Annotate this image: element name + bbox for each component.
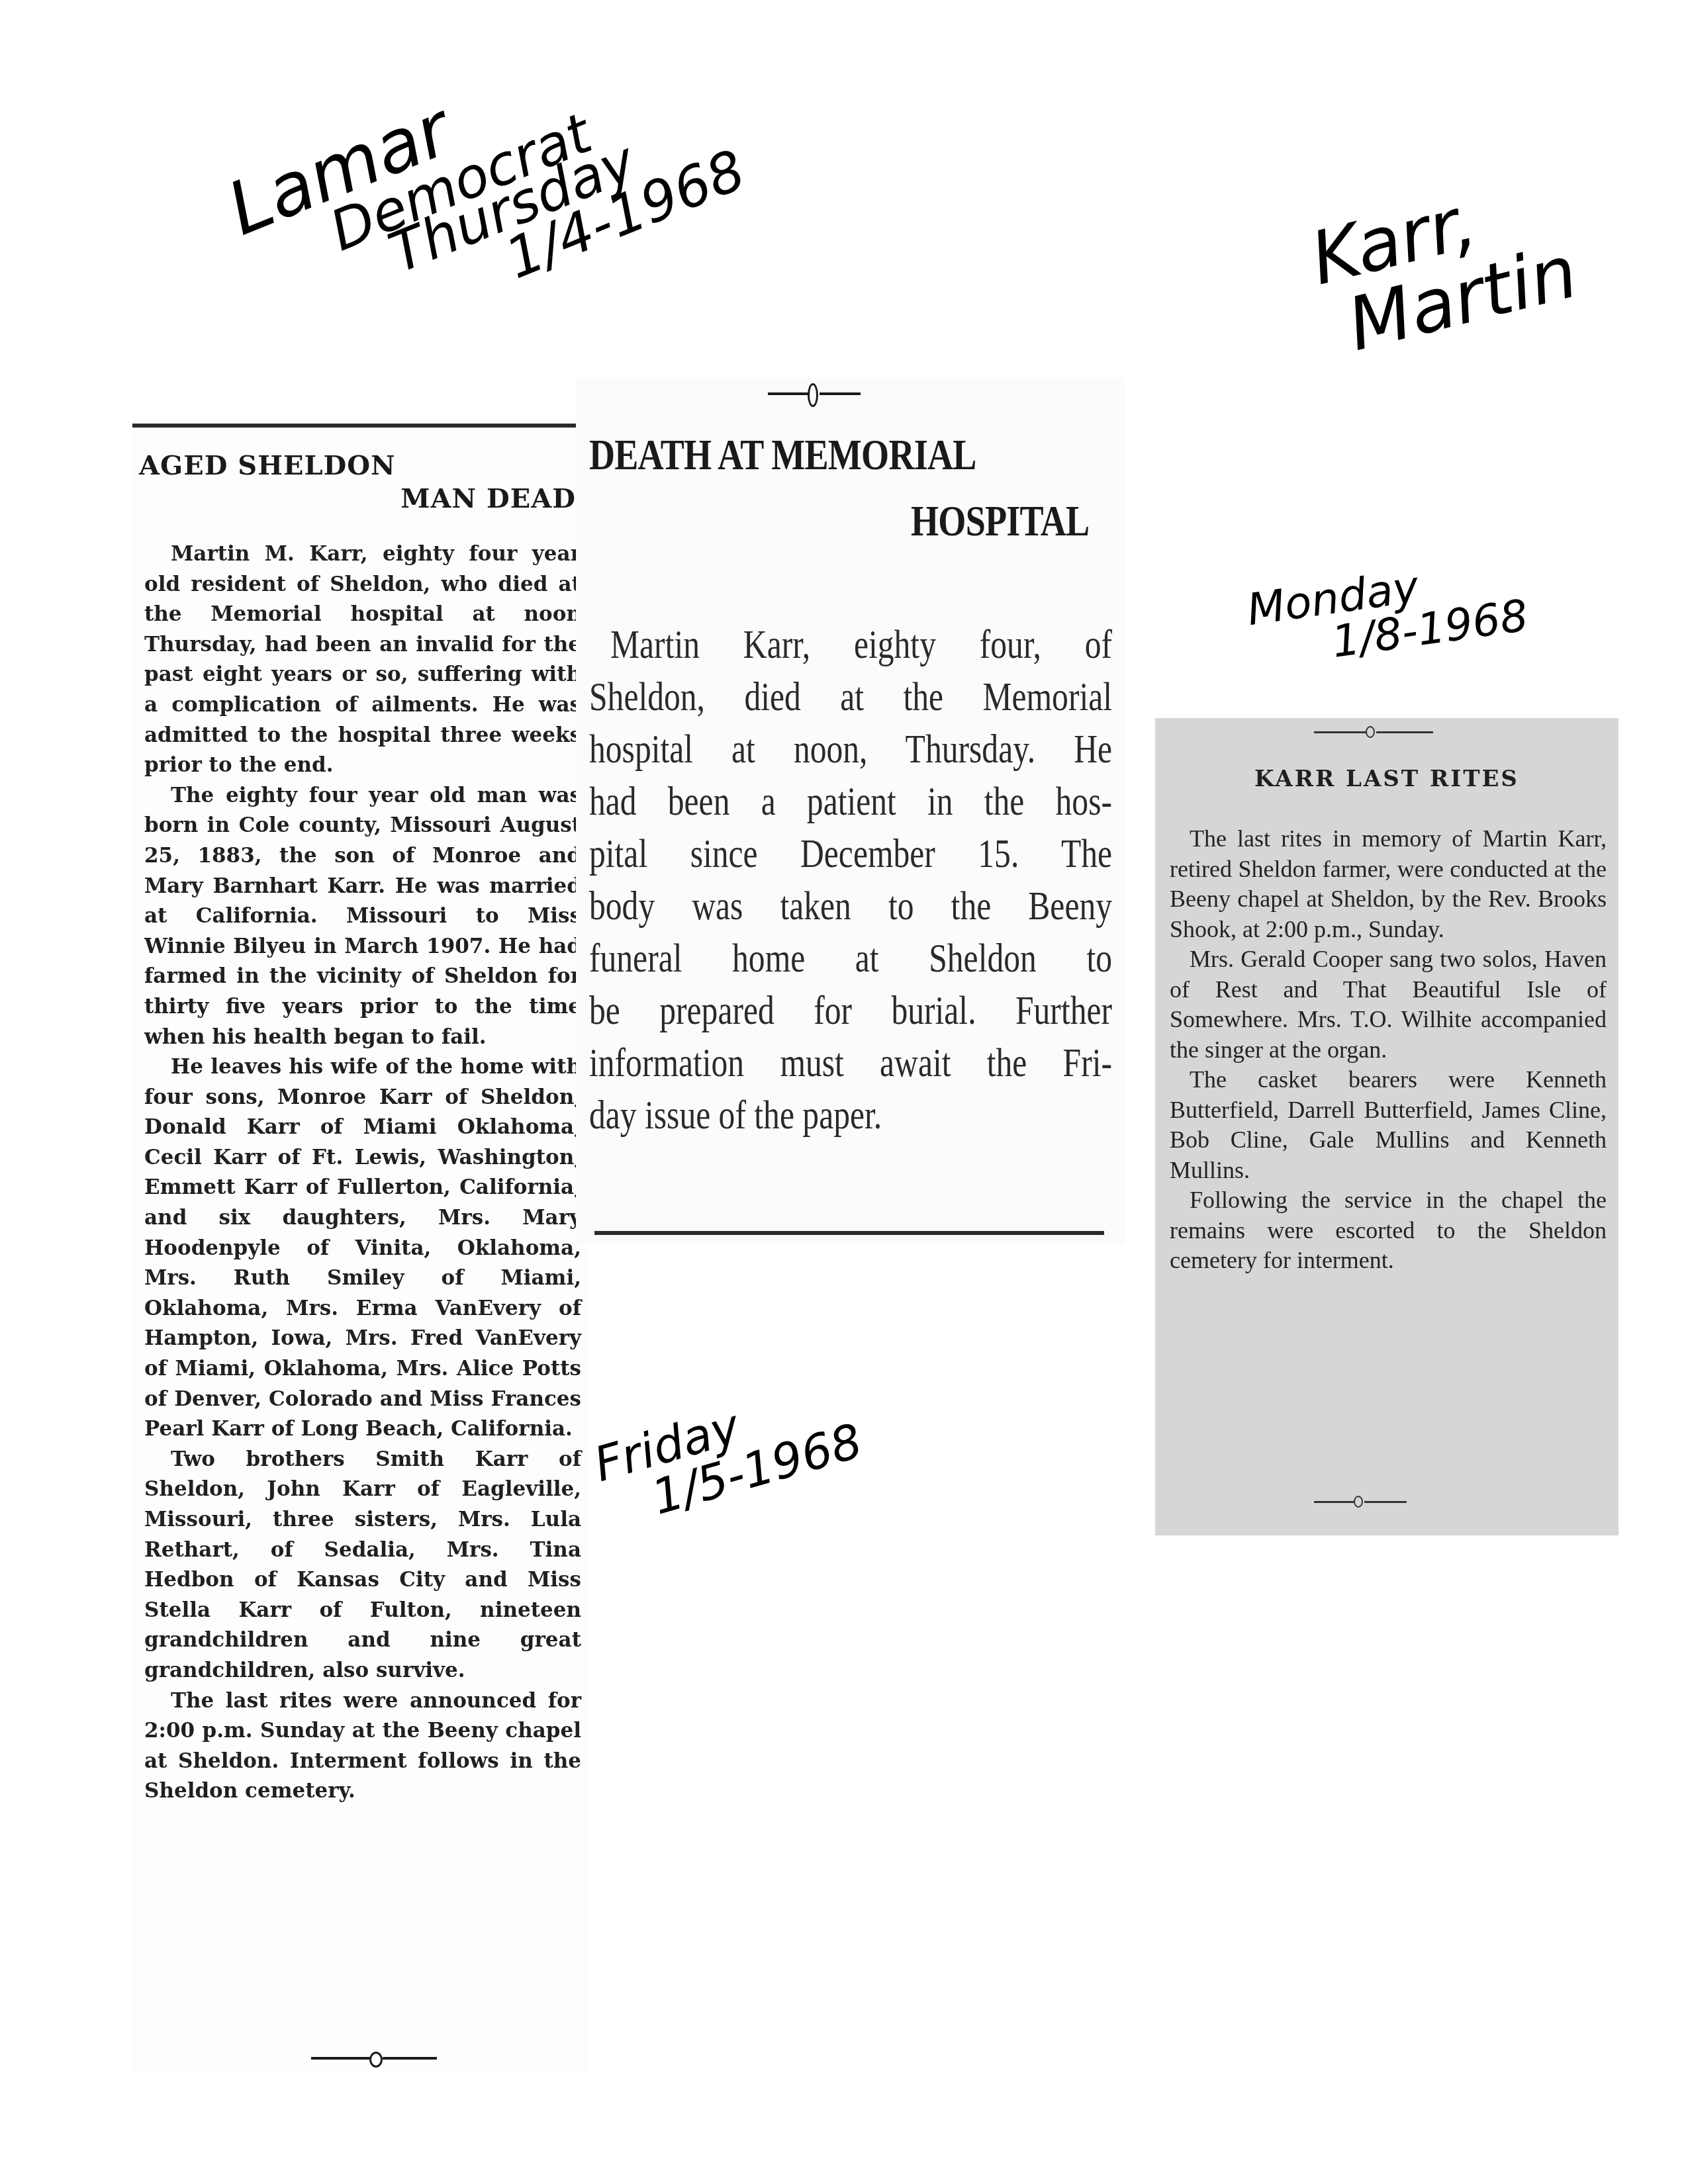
text-line: funeral home at Sheldon to (589, 933, 1112, 985)
headline-line-2: HOSPITAL (911, 496, 1089, 547)
clipping-aged-sheldon-man-dead: AGED SHELDON MAN DEAD Martin M. Karr, ei… (132, 417, 589, 2071)
clipping-karr-last-rites: KARR LAST RITES The last rites in memory… (1155, 718, 1618, 1535)
handwritten-friday-date: Friday 1/5-1968 (589, 1371, 867, 1534)
paragraph: Mrs. Gerald Cooper sang two solos, Haven… (1170, 944, 1607, 1065)
article-body: Martin M. Karr, eighty four year old res… (144, 539, 581, 1807)
handwritten-subject-name: Karr, Martin (1304, 164, 1584, 367)
ornament-divider (1314, 726, 1433, 739)
handwritten-source-note: Lamar Democrat Thursday 1/4-1968 (218, 0, 752, 377)
paragraph: The last rites in memory of Martin Karr,… (1170, 824, 1607, 944)
ornament-divider (768, 387, 861, 400)
text-line: be prepared for burial. Further (589, 985, 1112, 1037)
paragraph: The last rites were announced for 2:00 p… (144, 1686, 581, 1807)
text-line: Martin Karr, eighty four, of (589, 619, 1112, 671)
headline-line-1: DEATH AT MEMORIAL (589, 430, 976, 480)
headline: KARR LAST RITES (1155, 766, 1618, 792)
text-line: pital since December 15. The (589, 828, 1112, 880)
ornament-divider (311, 2052, 437, 2065)
ornament-divider (1314, 1496, 1407, 1509)
rule-divider (132, 424, 583, 428)
paragraph: Following the service in the chapel the … (1170, 1185, 1607, 1276)
headline-line-2: MAN DEAD (400, 483, 576, 514)
paragraph: Two brothers Smith Karr of Sheldon, John… (144, 1445, 581, 1686)
text-line: body was taken to the Beeny (589, 880, 1112, 933)
text-line: hospital at noon, Thursday. He (589, 723, 1112, 776)
paragraph: The eighty four year old man was born in… (144, 781, 581, 1052)
article-body: Martin Karr, eighty four, of Sheldon, di… (589, 619, 1112, 1142)
handwritten-monday-date: Monday 1/8-1968 (1244, 551, 1530, 676)
text-line: Sheldon, died at the Memorial (589, 671, 1112, 723)
paragraph: The casket bearers were Kenneth Butterfi… (1170, 1065, 1607, 1185)
paragraph: Martin M. Karr, eighty four year old res… (144, 539, 581, 781)
rule-divider (594, 1231, 1104, 1235)
text-line: day issue of the paper. (589, 1089, 1112, 1142)
headline-line-1: AGED SHELDON (139, 450, 396, 481)
article-body: The last rites in memory of Martin Karr,… (1170, 824, 1607, 1276)
text-line: information must await the Fri- (589, 1037, 1112, 1089)
paragraph: He leaves his wife of the home with four… (144, 1052, 581, 1445)
text-line: had been a patient in the hos- (589, 776, 1112, 828)
clipping-death-at-memorial-hospital: DEATH AT MEMORIAL HOSPITAL Martin Karr, … (576, 377, 1125, 1244)
